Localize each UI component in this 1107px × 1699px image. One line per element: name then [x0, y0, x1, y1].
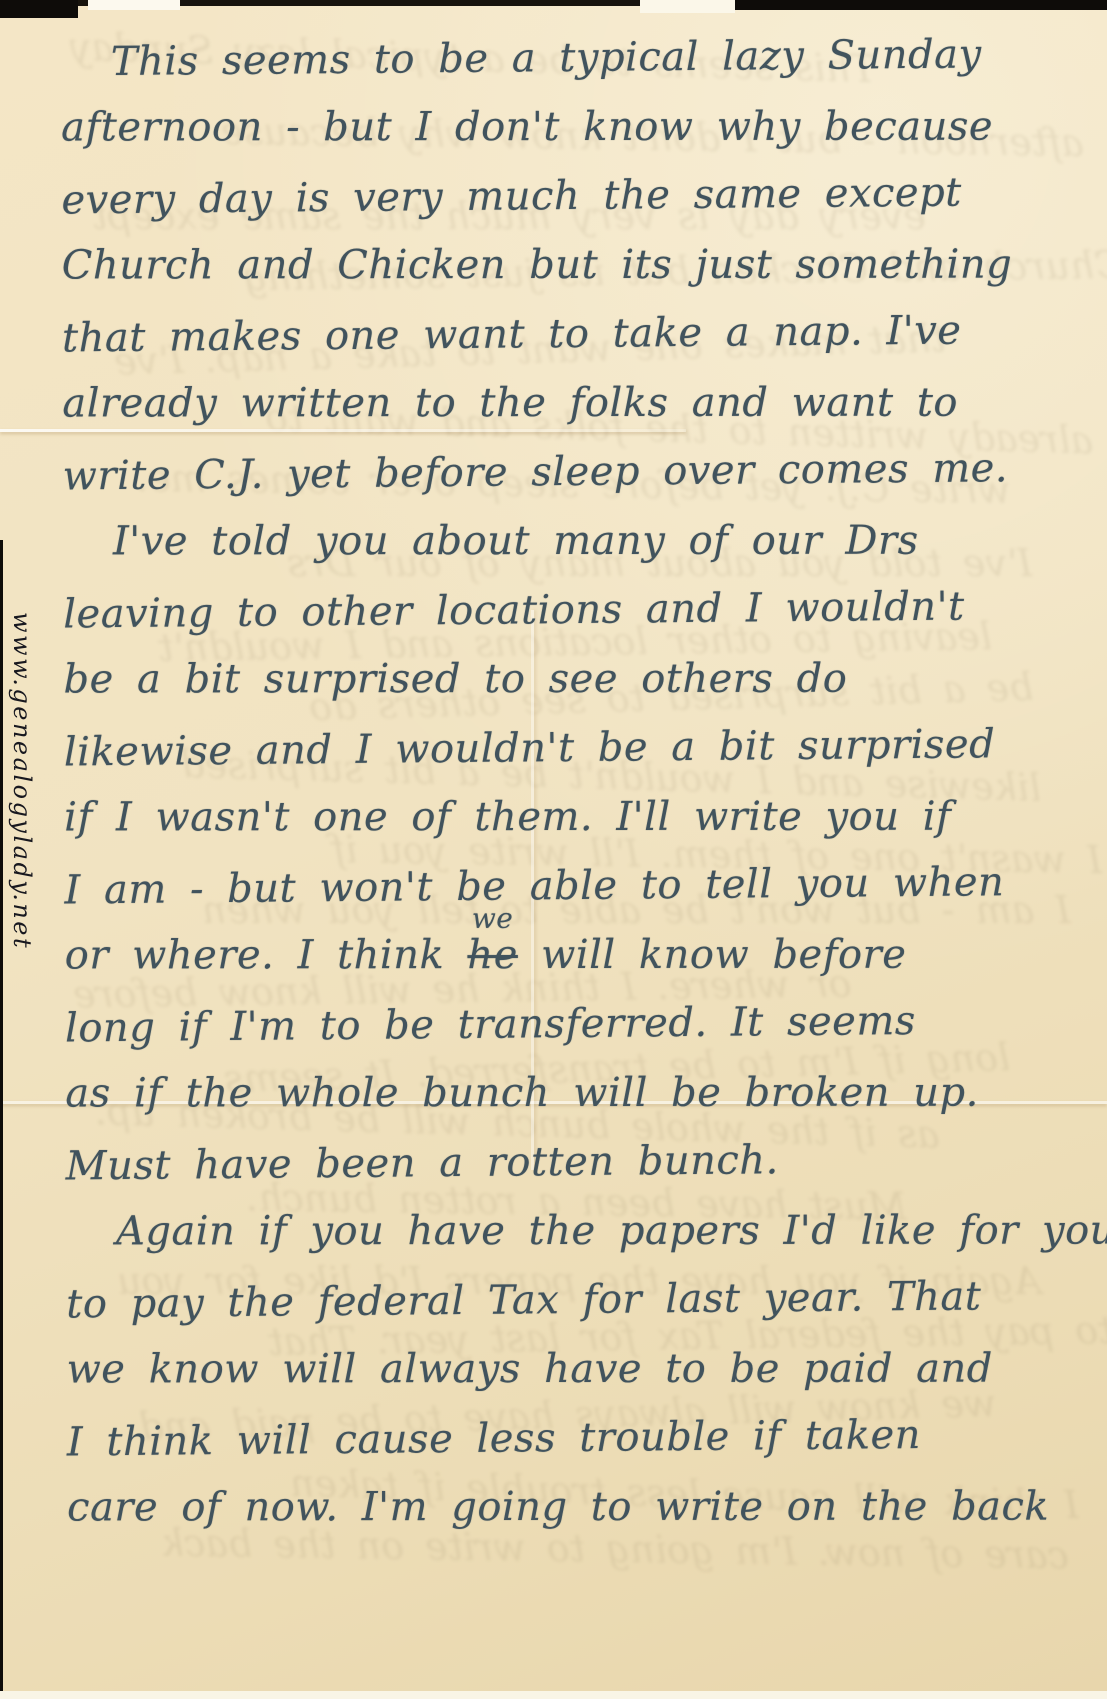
letter-line: leaving to other locations and I wouldn'… [63, 572, 1084, 650]
line-text: or where. I think [65, 932, 468, 978]
letter-line: or where. I think hewe will know before [65, 921, 1085, 991]
scan-edge-top-left [0, 0, 78, 18]
letter-line: if I wasn't one of them. I'll write you … [64, 783, 1084, 853]
letter-line: I've told you about many of our Drs [63, 507, 1083, 577]
letter-line: every day is very much the same except [61, 158, 1082, 236]
letter-line: Church and Chicken but its just somethin… [62, 231, 1082, 301]
letter-line: I am - but won't be able to tell you whe… [64, 848, 1085, 926]
letter-line: write C.J. yet before sleep over comes m… [62, 434, 1083, 512]
letter-line: be a bit surprised to see others do [64, 645, 1084, 715]
watermark-text: www.genealogylady.net [8, 612, 36, 950]
watermark: www.genealogylady.net [8, 612, 36, 950]
letter-line: afternoon - but I don't know why because [61, 93, 1081, 163]
letter-body: This seems to be a typical lazy Sundayaf… [61, 22, 1088, 1544]
correction: hewe [467, 921, 517, 990]
letter-line: that makes one want to take a nap. I've [62, 296, 1083, 374]
letter-line: Must have been a rotten bunch. [65, 1124, 1086, 1202]
scan-edge-torn-gap [640, 0, 735, 13]
scanned-letter-page: This seems to be a typical lazy Sundayaf… [0, 0, 1107, 1699]
letter-line: long if I'm to be transferred. It seems [65, 986, 1086, 1064]
line-text: will know before [518, 932, 907, 978]
struck-word: he [467, 932, 517, 978]
scan-edge-torn-notch [88, 0, 180, 10]
letter-line: likewise and I wouldn't be a bit surpris… [64, 710, 1085, 788]
letter-line: already written to the folks and want to [62, 369, 1082, 439]
scan-edge-top-line [78, 0, 640, 6]
letter-line: as if the whole bunch will be broken up. [65, 1059, 1085, 1129]
scan-edge-bottom [0, 1691, 1107, 1699]
letter-line: I think will cause less trouble if taken [67, 1400, 1088, 1478]
inserted-word: we [472, 905, 514, 933]
scan-edge-top-right [735, 0, 1107, 10]
letter-line: This seems to be a typical lazy Sunday [61, 20, 1082, 98]
scan-edge-left [0, 540, 3, 1699]
letter-line: to pay the federal Tax for last year. Th… [66, 1262, 1087, 1340]
letter-line: we know will always have to be paid and [67, 1335, 1087, 1405]
letter-line: care of now. I'm going to write on the b… [67, 1473, 1087, 1543]
letter-line: Again if you have the papers I'd like fo… [66, 1197, 1086, 1267]
